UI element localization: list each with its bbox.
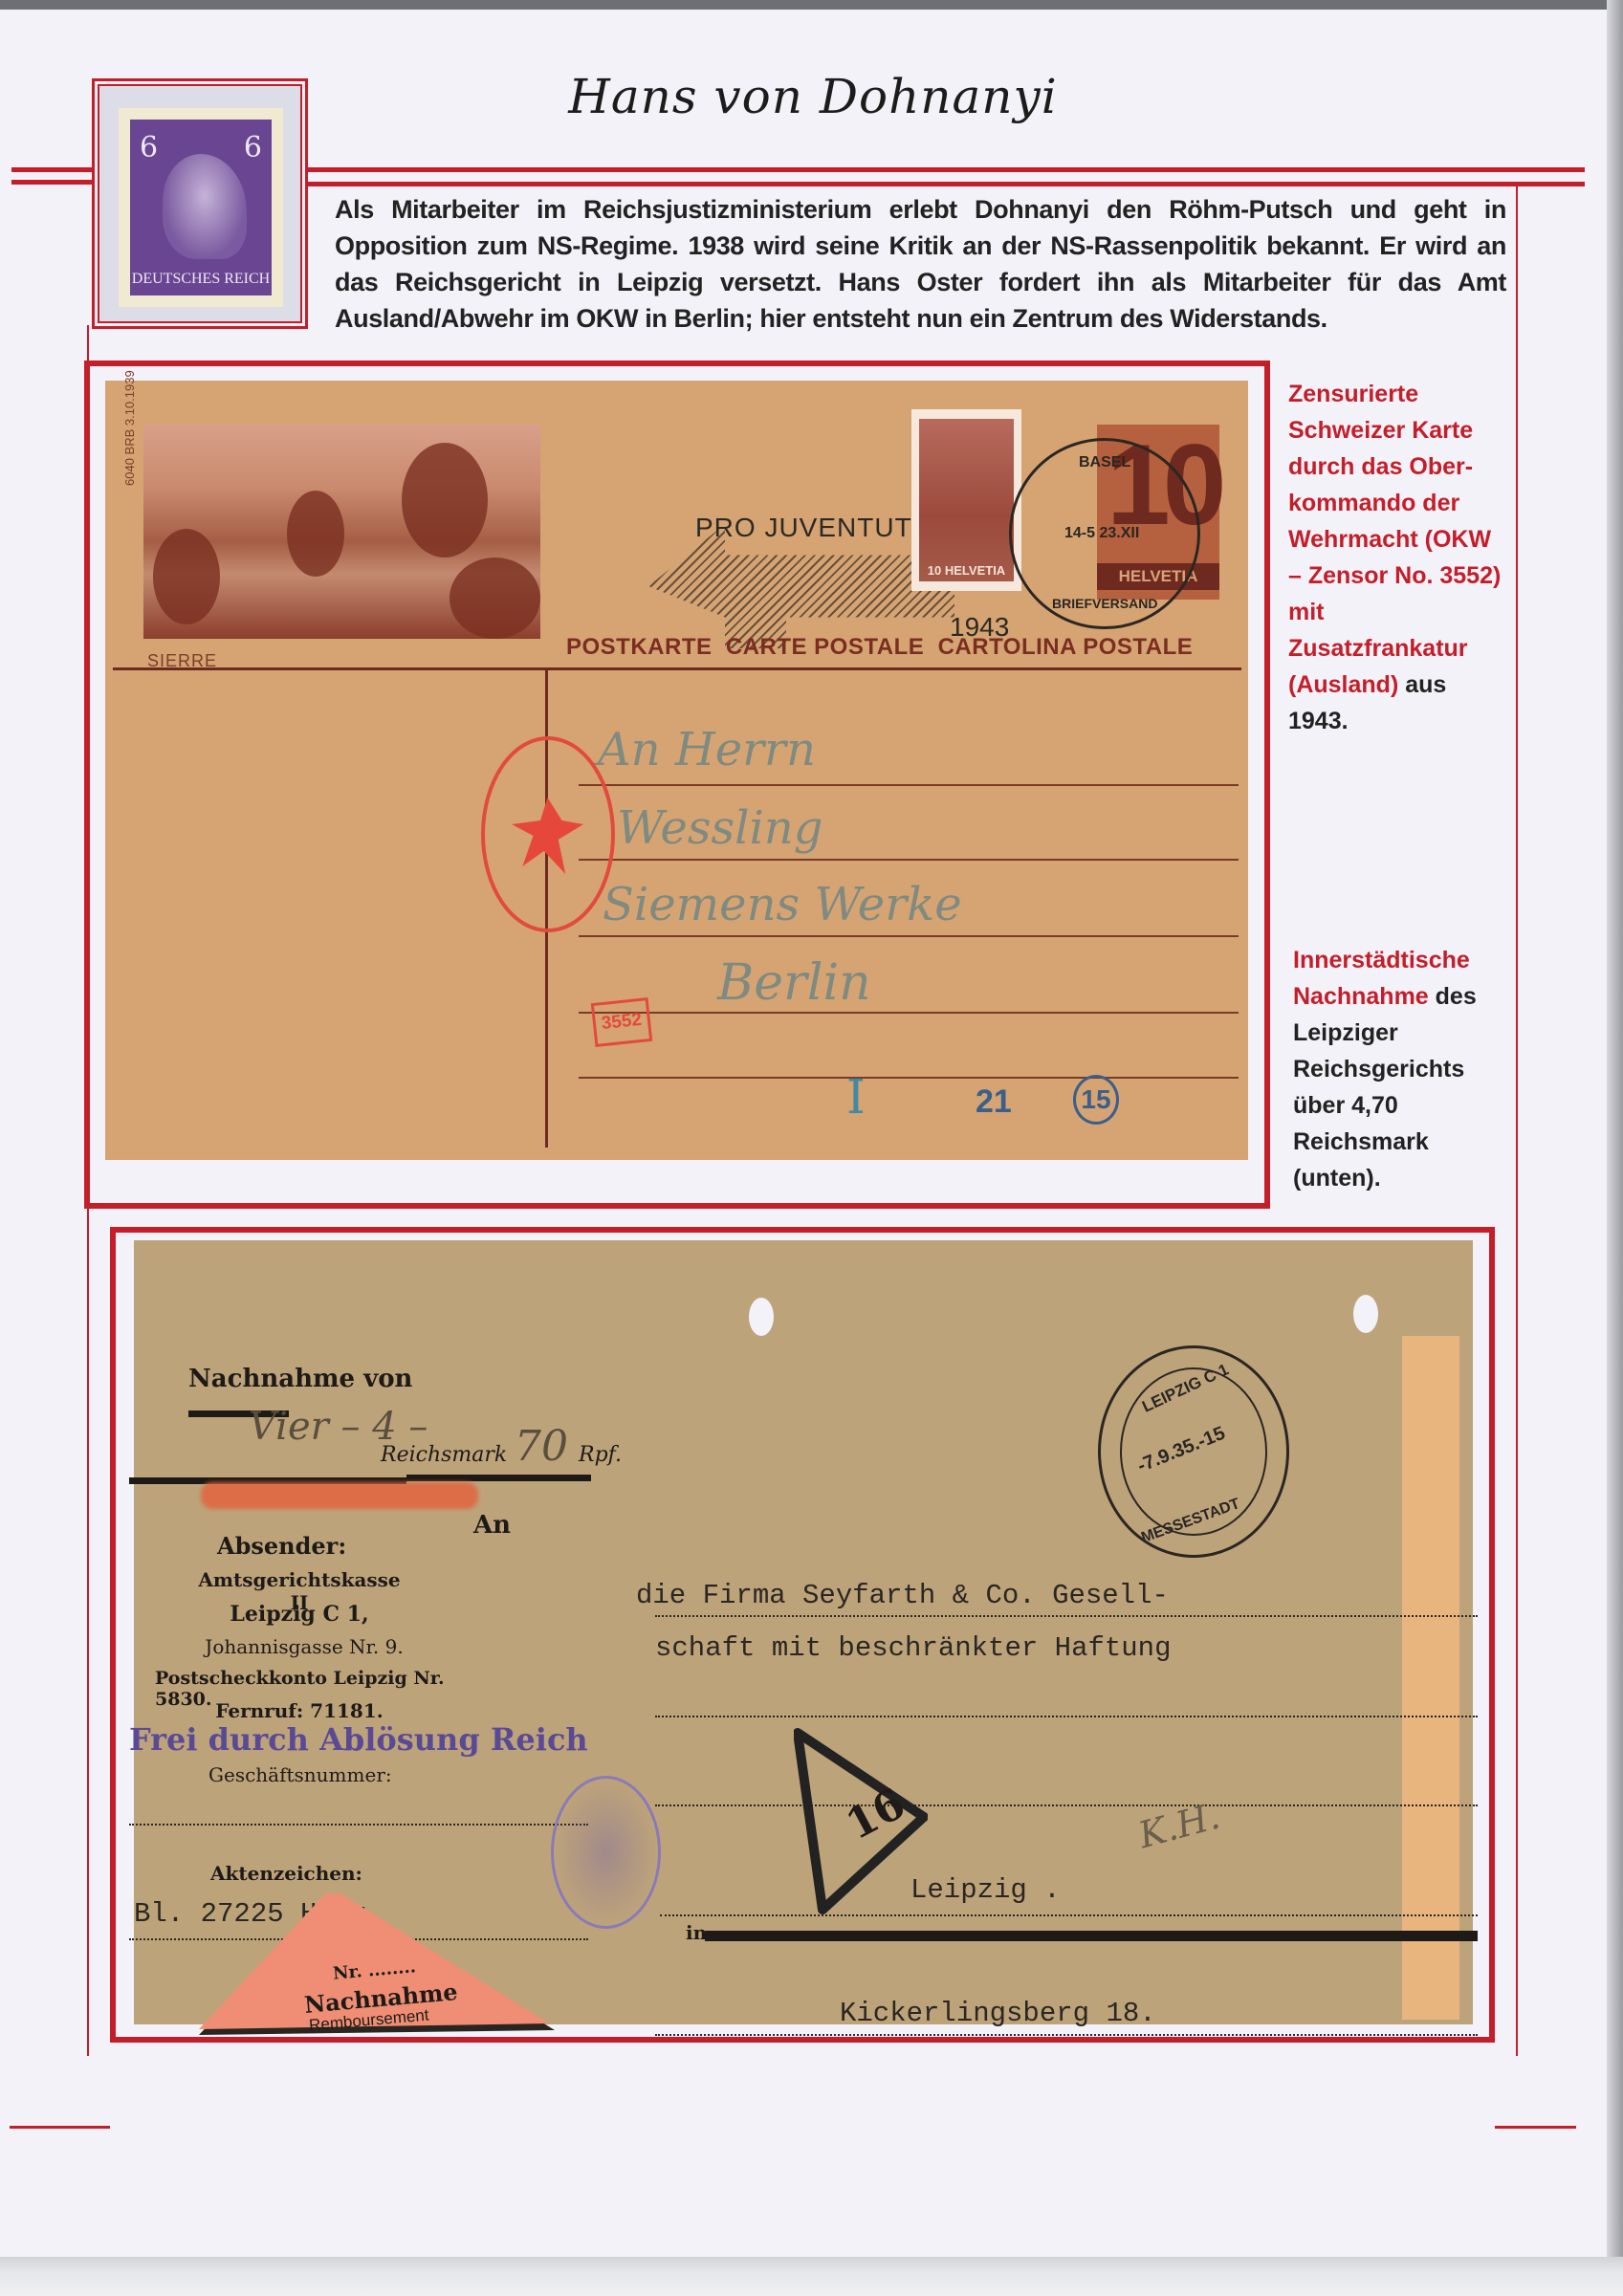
an-label: An [473,1511,511,1540]
geschaeftsnummer-label: Geschäftsnummer: [208,1763,392,1786]
sheet-protector-edge [0,2257,1623,2296]
censor-number-box: 3552 [591,997,652,1047]
violet-handstamp: Frei durch Ablösung Reich [129,1721,588,1758]
postmark-date: 14-5 23.XII [1064,525,1139,542]
annotation-nachnahme: Innerstädtische Nachnahme des Leipziger … [1293,942,1508,1196]
nachnahme-label: Nr. ........ Nachnahme Remboursement [199,1893,558,2008]
dotted-line [655,1804,1478,1806]
description-text: Als Mitarbeiter im Reichsjustizministeri… [335,191,1506,337]
sender-line-3: Johannisgasse Nr. 9. [189,1635,419,1658]
scan-top-edge [0,0,1623,10]
address-line [579,935,1239,937]
handwritten-address-2: Wessling [617,801,822,855]
recipient-line-2: schaft mit beschränkter Haftung [655,1632,1172,1664]
postmark-city: BASEL [1079,454,1130,471]
city-rule [705,1931,1478,1941]
page-title: Hans von Dohnanyi [411,69,1215,124]
hinge-strip [1402,1336,1459,2020]
postmark-bottom: BRIEFVERSAND [1052,596,1157,611]
sender-line-5: Fernruf: 71181. [189,1699,409,1722]
blue-mark-2: 21 [976,1083,1012,1121]
handwritten-address-4: Berlin [717,954,871,1012]
adhesive-country: HELVETIA [945,563,1005,578]
amount-rule [406,1475,591,1481]
postcard-heading: POSTKARTE CARTE POSTALE CARTOLINA POSTAL… [566,634,1193,661]
rule-top-1 [11,167,92,172]
absender-label: Absender: [217,1532,346,1560]
rule-top-2 [11,180,92,185]
annotation-postcard: Zensurierte Schweizer Karte durch das Ob… [1288,376,1503,739]
machine-slogan: PRO JUVENTUTE [695,513,931,543]
dotted-line [655,1615,1478,1617]
in-label: in [686,1921,707,1944]
rule-bottom-right [1495,2126,1576,2129]
annotation-postcard-highlight: Zensurierte Schweizer Karte durch das Ob… [1288,381,1501,698]
stamp-country: DEUTSCHES REICH [130,271,272,288]
rpf-label: Rpf. [579,1443,622,1467]
okw-censor-stamp [481,736,615,932]
court-seal [551,1776,661,1929]
postcard-imprint-number: 6040 BRB 3.10.1939 [122,370,137,486]
address-line [579,859,1239,861]
divider-horizontal [113,667,1241,670]
stamp-value-right: 6 [244,131,262,164]
recipient-city: Leipzig . [910,1874,1061,1906]
sierre-landscape-image [143,424,540,639]
form-header: Nachnahme von [188,1365,412,1393]
rule-top-4 [308,182,1585,186]
dotted-line [660,1914,1478,1916]
aktenzeichen-label: Aktenzeichen: [210,1862,362,1885]
dotted-line [129,1824,588,1826]
stamp-deutsches-reich: 6 6 DEUTSCHES REICH [119,108,283,307]
basel-postmark: BASEL 14-5 23.XII BRIEFVERSAND [1009,438,1200,629]
swiss-postcard: 6040 BRB 3.10.1939 SIERRE PRO JUVENTUTE … [105,381,1248,1160]
handwritten-address-3: Siemens Werke [603,878,962,931]
recipient-line-1: die Firma Seyfarth & Co. Gesell- [636,1580,1169,1611]
punch-hole [1353,1295,1378,1333]
rule-top-3 [308,167,1585,172]
punch-hole [749,1298,774,1336]
blue-mark-3: 15 [1073,1075,1119,1125]
orange-crayon-mark [201,1482,478,1509]
blue-mark-1: I [846,1069,866,1125]
handwritten-address-1: An Herrn [598,723,816,776]
address-line [579,1012,1239,1014]
nachnahme-form: Nachnahme von Vier – 4 – Reichsmark 70 R… [134,1240,1473,2024]
scan-right-edge [1607,0,1623,2296]
leipzig-postmark: LEIPZIG C 1 -7.9.35.-15 MESSESTADT [1098,1345,1289,1558]
stamp-value-left: 6 [140,131,158,164]
adhesive-stamp-helvetia: 10 HELVETIA [911,409,1021,591]
annotation-nachnahme-rest: des Leipziger Reichsgerichts über 4,70 R… [1293,983,1477,1192]
sender-line-2: Leipzig C 1, [189,1602,409,1627]
dotted-line [655,2034,1478,2036]
recipient-street: Kickerlingsberg 18. [840,1998,1156,2029]
adhesive-value: 10 [928,563,941,578]
eagle-icon [512,798,583,874]
portrait-icon [163,154,247,259]
dotted-line [655,1716,1478,1717]
reichsmark-label: Reichsmark [381,1443,507,1467]
rule-right-vertical [1516,182,1518,2056]
rule-bottom-left [10,2126,110,2129]
address-line [579,1077,1239,1079]
address-line [579,784,1239,786]
handwritten-pfennig: 70 [515,1422,568,1471]
